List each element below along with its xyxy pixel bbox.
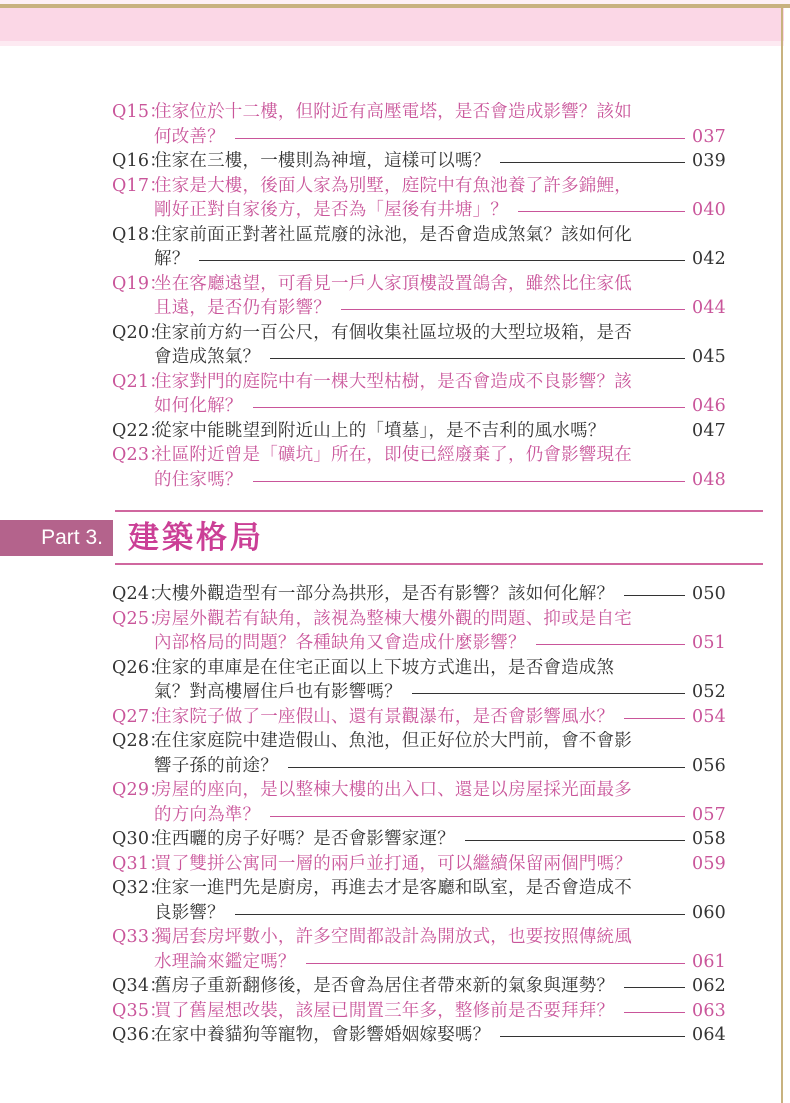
entry-last-line: 內部格局的問題？各種缺角又會造成什麼影響？051 xyxy=(154,631,726,656)
leader-line xyxy=(500,1023,685,1037)
entry-text-line: 何改善？ xyxy=(154,125,225,150)
page-number: 058 xyxy=(692,827,726,852)
page-number: 039 xyxy=(692,149,726,174)
entry-text-line: 住家在三樓，一樓則為神壇，這樣可以嗎？ xyxy=(154,149,490,174)
entry-text-line: 住家前方約一百公尺，有個收集社區垃圾的大型垃圾箱，是否 xyxy=(154,321,726,346)
leader-line xyxy=(465,827,685,841)
question-number: Q15： xyxy=(112,100,167,125)
entry-text-line: 買了舊屋想改裝，該屋已閒置三年多，整修前是否要拜拜？ xyxy=(154,999,614,1024)
entry-text-line: 房屋外觀若有缺角，該視為整棟大樓外觀的問題、抑或是自宅 xyxy=(154,607,726,632)
entry-last-line: 氣？對高樓層住戶也有影響嗎？052 xyxy=(154,680,726,705)
entry-text-line: 如何化解？ xyxy=(154,394,243,419)
toc-entry-q18: Q18：住家前面正對著社區荒廢的泳池，是否會造成煞氣？該如何化解？042 xyxy=(112,223,726,272)
top-pink-band xyxy=(0,8,784,41)
toc-entry-q25: Q25：房屋外觀若有缺角，該視為整棟大樓外觀的問題、抑或是自宅內部格局的問題？各… xyxy=(112,607,726,656)
part-label-box: Part 3. xyxy=(0,520,113,556)
entry-text-line: 住西曬的房子好嗎？是否會影響家運？ xyxy=(154,827,455,852)
entry-text-line: 且遠，是否仍有影響？ xyxy=(154,296,331,321)
question-number: Q33： xyxy=(112,925,167,950)
leader-line xyxy=(536,631,685,645)
entry-text-line: 住家一進門先是廚房，再進去才是客廳和臥室，是否會造成不 xyxy=(154,876,726,901)
entry-text-line: 住家院子做了一座假山、還有景觀瀑布，是否會影響風水？ xyxy=(154,705,614,730)
question-number: Q36： xyxy=(112,1023,167,1048)
leader-line xyxy=(235,901,685,915)
entry-text-line: 在住家庭院中建造假山、魚池，但正好位於大門前，會不會影 xyxy=(154,729,726,754)
question-number: Q34： xyxy=(112,974,167,999)
leader-line xyxy=(288,754,685,768)
toc-entry-q32: Q32：住家一進門先是廚房，再進去才是客廳和臥室，是否會造成不良影響？060 xyxy=(112,876,726,925)
toc-entry-q23: Q23：社區附近曾是「礦坑」所在，即使已經廢棄了，仍會影響現在的住家嗎？048 xyxy=(112,443,726,492)
toc-entry-q30: Q30：住西曬的房子好嗎？是否會影響家運？058 xyxy=(112,827,726,852)
page-number: 060 xyxy=(692,901,726,926)
toc-entry-q29: Q29：房屋的座向，是以整棟大樓的出入口、還是以房屋採光面最多的方向為準？057 xyxy=(112,778,726,827)
toc-entry-q26: Q26：住家的車庫是在住宅正面以上下坡方式進出，是否會造成煞氣？對高樓層住戶也有… xyxy=(112,656,726,705)
page-number: 042 xyxy=(692,247,726,272)
leader-line xyxy=(199,247,685,261)
page-number: 045 xyxy=(692,345,726,370)
toc-entry-q19: Q19：坐在客廳遠望，可看見一戶人家頂樓設置鴿舍，雖然比住家低且遠，是否仍有影響… xyxy=(112,272,726,321)
page-number: 050 xyxy=(692,582,726,607)
entry-text-line: 剛好正對自家後方，是否為「屋後有井塘」？ xyxy=(154,198,508,223)
entry-last-line: 大樓外觀造型有一部分為拱形，是否有影響？該如何化解？050 xyxy=(154,582,726,607)
entry-text-line: 獨居套房坪數小，許多空間都設計為開放式，也要按照傳統風 xyxy=(154,925,726,950)
entry-text-line: 大樓外觀造型有一部分為拱形，是否有影響？該如何化解？ xyxy=(154,582,614,607)
entry-text-line: 解？ xyxy=(154,247,189,272)
question-number: Q19： xyxy=(112,272,167,297)
question-number: Q25： xyxy=(112,607,167,632)
toc-entry-q31: Q31：買了雙拼公寓同一層的兩戶並打通，可以繼續保留兩個門嗎？059 xyxy=(112,852,726,877)
entry-last-line: 響子孫的前途？056 xyxy=(154,754,726,779)
entry-text-line: 住家位於十二樓，但附近有高壓電塔，是否會造成影響？該如 xyxy=(154,100,726,125)
question-number: Q18： xyxy=(112,223,167,248)
toc-entry-q22: Q22：從家中能眺望到附近山上的「墳墓」，是不吉利的風水嗎？047 xyxy=(112,419,726,444)
entry-text-line: 水理論來鑑定嗎？ xyxy=(154,950,296,975)
entry-last-line: 在家中養貓狗等寵物，會影響婚姻嫁娶嗎？064 xyxy=(154,1023,726,1048)
page-number: 057 xyxy=(692,803,726,828)
question-number: Q22： xyxy=(112,419,167,444)
entry-text-line: 買了雙拼公寓同一層的兩戶並打通，可以繼續保留兩個門嗎？ xyxy=(154,852,632,877)
entry-text-line: 房屋的座向，是以整棟大樓的出入口、還是以房屋採光面最多 xyxy=(154,778,726,803)
part-header-bottom-rule xyxy=(115,563,763,565)
page-number: 063 xyxy=(692,999,726,1024)
question-number: Q23： xyxy=(112,443,167,468)
question-number: Q20： xyxy=(112,321,167,346)
entry-last-line: 買了雙拼公寓同一層的兩戶並打通，可以繼續保留兩個門嗎？059 xyxy=(154,852,726,877)
page-number: 037 xyxy=(692,125,726,150)
entry-text-line: 從家中能眺望到附近山上的「墳墓」，是不吉利的風水嗎？ xyxy=(154,419,605,444)
toc-sections: Q15：住家位於十二樓，但附近有高壓電塔，是否會造成影響？該如何改善？037Q1… xyxy=(0,100,790,1048)
leader-line xyxy=(270,803,685,817)
entry-last-line: 的方向為準？057 xyxy=(154,803,726,828)
entry-last-line: 且遠，是否仍有影響？044 xyxy=(154,296,726,321)
toc-entry-q35: Q35：買了舊屋想改裝，該屋已閒置三年多，整修前是否要拜拜？063 xyxy=(112,999,726,1024)
question-number: Q31： xyxy=(112,852,167,877)
toc-entry-q15: Q15：住家位於十二樓，但附近有高壓電塔，是否會造成影響？該如何改善？037 xyxy=(112,100,726,149)
part-header-top-rule xyxy=(115,510,763,512)
entry-text-line: 舊房子重新翻修後，是否會為居住者帶來新的氣象與運勢？ xyxy=(154,974,614,999)
question-number: Q30： xyxy=(112,827,167,852)
leader-line xyxy=(624,705,685,719)
toc-entry-q16: Q16：住家在三樓，一樓則為神壇，這樣可以嗎？039 xyxy=(112,149,726,174)
page-number: 056 xyxy=(692,754,726,779)
leader-line xyxy=(624,582,685,596)
toc-entry-q34: Q34：舊房子重新翻修後，是否會為居住者帶來新的氣象與運勢？062 xyxy=(112,974,726,999)
page-number: 048 xyxy=(692,468,726,493)
entry-text-line: 住家是大樓，後面人家為別墅，庭院中有魚池養了許多錦鯉， xyxy=(154,174,726,199)
leader-line xyxy=(253,394,685,408)
entry-last-line: 從家中能眺望到附近山上的「墳墓」，是不吉利的風水嗎？047 xyxy=(154,419,726,444)
entry-last-line: 解？042 xyxy=(154,247,726,272)
leader-line xyxy=(624,974,685,988)
entry-text-line: 住家的車庫是在住宅正面以上下坡方式進出，是否會造成煞 xyxy=(154,656,726,681)
toc-entry-q27: Q27：住家院子做了一座假山、還有景觀瀑布，是否會影響風水？054 xyxy=(112,705,726,730)
page-number: 061 xyxy=(692,950,726,975)
part-label: Part 3. xyxy=(41,526,103,550)
toc-entry-q20: Q20：住家前方約一百公尺，有個收集社區垃圾的大型垃圾箱，是否會造成煞氣？045 xyxy=(112,321,726,370)
entry-text-line: 會造成煞氣？ xyxy=(154,345,260,370)
entry-last-line: 住家在三樓，一樓則為神壇，這樣可以嗎？039 xyxy=(154,149,726,174)
leader-line xyxy=(412,680,685,694)
entry-text-line: 住家對門的庭院中有一棵大型枯樹，是否會造成不良影響？該 xyxy=(154,370,726,395)
page-number: 052 xyxy=(692,680,726,705)
entry-last-line: 買了舊屋想改裝，該屋已閒置三年多，整修前是否要拜拜？063 xyxy=(154,999,726,1024)
entry-text-line: 的住家嗎？ xyxy=(154,468,243,493)
page-number: 047 xyxy=(692,419,726,444)
question-number: Q24： xyxy=(112,582,167,607)
page-number: 059 xyxy=(692,852,726,877)
leader-line xyxy=(270,345,685,359)
entry-last-line: 良影響？060 xyxy=(154,901,726,926)
question-number: Q32： xyxy=(112,876,167,901)
page-number: 046 xyxy=(692,394,726,419)
leader-line xyxy=(306,950,685,964)
toc-entry-q24: Q24：大樓外觀造型有一部分為拱形，是否有影響？該如何化解？050 xyxy=(112,582,726,607)
page-number: 040 xyxy=(692,198,726,223)
leader-line xyxy=(518,198,685,212)
entry-last-line: 何改善？037 xyxy=(154,125,726,150)
entry-text-line: 坐在客廳遠望，可看見一戶人家頂樓設置鴿舍，雖然比住家低 xyxy=(154,272,726,297)
toc-entry-q21: Q21：住家對門的庭院中有一棵大型枯樹，是否會造成不良影響？該如何化解？046 xyxy=(112,370,726,419)
entry-text-line: 氣？對高樓層住戶也有影響嗎？ xyxy=(154,680,402,705)
question-number: Q26： xyxy=(112,656,167,681)
section-title: 建築格局 xyxy=(128,520,264,556)
leader-line xyxy=(341,296,685,310)
section-1-entries: Q15：住家位於十二樓，但附近有高壓電塔，是否會造成影響？該如何改善？037Q1… xyxy=(0,100,790,492)
part-header-row: Part 3.建築格局 xyxy=(0,520,790,556)
leader-line xyxy=(253,468,685,482)
question-number: Q28： xyxy=(112,729,167,754)
entry-last-line: 舊房子重新翻修後，是否會為居住者帶來新的氣象與運勢？062 xyxy=(154,974,726,999)
question-number: Q29： xyxy=(112,778,167,803)
toc-entry-q33: Q33：獨居套房坪數小，許多空間都設計為開放式，也要按照傳統風水理論來鑑定嗎？0… xyxy=(112,925,726,974)
entry-last-line: 的住家嗎？048 xyxy=(154,468,726,493)
entry-last-line: 住家院子做了一座假山、還有景觀瀑布，是否會影響風水？054 xyxy=(154,705,726,730)
leader-line xyxy=(235,125,685,139)
entry-last-line: 如何化解？046 xyxy=(154,394,726,419)
entry-text-line: 的方向為準？ xyxy=(154,803,260,828)
toc-entry-q36: Q36：在家中養貓狗等寵物，會影響婚姻嫁娶嗎？064 xyxy=(112,1023,726,1048)
page-number: 064 xyxy=(692,1023,726,1048)
page-number: 051 xyxy=(692,631,726,656)
entry-text-line: 在家中養貓狗等寵物，會影響婚姻嫁娶嗎？ xyxy=(154,1023,490,1048)
top-pink-fade xyxy=(0,41,784,46)
entry-text-line: 住家前面正對著社區荒廢的泳池，是否會造成煞氣？該如何化 xyxy=(154,223,726,248)
entry-last-line: 會造成煞氣？045 xyxy=(154,345,726,370)
question-number: Q27： xyxy=(112,705,167,730)
entry-last-line: 剛好正對自家後方，是否為「屋後有井塘」？040 xyxy=(154,198,726,223)
entry-text-line: 良影響？ xyxy=(154,901,225,926)
part-header: Part 3.建築格局 xyxy=(0,510,790,565)
question-number: Q21： xyxy=(112,370,167,395)
question-number: Q16： xyxy=(112,149,167,174)
entry-text-line: 內部格局的問題？各種缺角又會造成什麼影響？ xyxy=(154,631,526,656)
page-number: 062 xyxy=(692,974,726,999)
entry-last-line: 住西曬的房子好嗎？是否會影響家運？058 xyxy=(154,827,726,852)
book-toc-page: Q15：住家位於十二樓，但附近有高壓電塔，是否會造成影響？該如何改善？037Q1… xyxy=(0,0,790,1103)
entry-text-line: 社區附近曾是「礦坑」所在，即使已經廢棄了，仍會影響現在 xyxy=(154,443,726,468)
leader-line xyxy=(624,999,685,1013)
page-number: 044 xyxy=(692,296,726,321)
leader-line xyxy=(500,149,685,163)
entry-last-line: 水理論來鑑定嗎？061 xyxy=(154,950,726,975)
question-number: Q17： xyxy=(112,174,167,199)
entry-text-line: 響子孫的前途？ xyxy=(154,754,278,779)
toc-entry-q17: Q17：住家是大樓，後面人家為別墅，庭院中有魚池養了許多錦鯉，剛好正對自家後方，… xyxy=(112,174,726,223)
page-number: 054 xyxy=(692,705,726,730)
question-number: Q35： xyxy=(112,999,167,1024)
toc-entry-q28: Q28：在住家庭院中建造假山、魚池，但正好位於大門前，會不會影響子孫的前途？05… xyxy=(112,729,726,778)
section-2-entries: Q24：大樓外觀造型有一部分為拱形，是否有影響？該如何化解？050Q25：房屋外… xyxy=(0,582,790,1048)
